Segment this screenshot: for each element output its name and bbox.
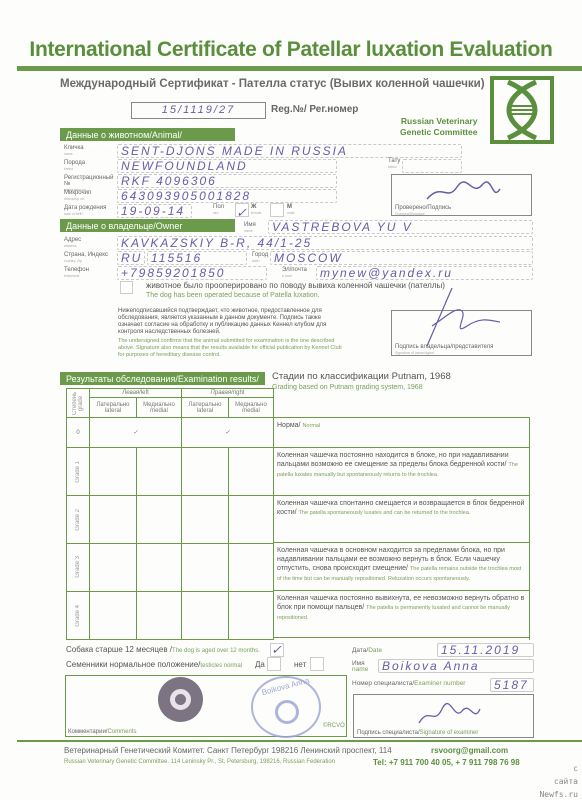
- left-medial-header: Медиальноmedial: [136, 398, 181, 418]
- examiner-number-field[interactable]: 5187: [490, 678, 534, 692]
- owner-section-header: Данные о владельце/Owner: [60, 219, 235, 232]
- grade-4-desc: Коленная чашечка постоянно вывихнута, ее…: [273, 590, 529, 638]
- tattoo-field[interactable]: [402, 159, 462, 173]
- breed-label: Породаbreed: [64, 160, 119, 172]
- operated-checkbox[interactable]: [120, 281, 133, 294]
- address-field[interactable]: KAVKAZSKIY B-R, 44/1-25: [117, 236, 533, 250]
- no-label: нет: [294, 660, 306, 669]
- microchip-label: Микрочипmicrochip no.: [64, 190, 119, 202]
- owner-signature-label: Подпись владельца/представителяSignature…: [395, 344, 493, 356]
- city-field[interactable]: MOSCOW: [270, 251, 533, 265]
- tattoo-label: Татуtattoo: [388, 158, 400, 170]
- right-lateral-g2[interactable]: [181, 496, 228, 543]
- zip-field[interactable]: 115516: [147, 251, 247, 265]
- left-lateral-g4[interactable]: [90, 591, 137, 639]
- grade-3-label: Grade 3: [67, 543, 90, 591]
- date-field[interactable]: 15.11.2019: [437, 643, 534, 657]
- left-lateral-g2[interactable]: [90, 496, 137, 543]
- right-medial-g4[interactable]: [228, 591, 273, 639]
- animal-section-header: Данные о животном/Animal/Собака/Dog: [60, 128, 235, 141]
- right-grade-0-cell[interactable]: ✓: [181, 418, 273, 448]
- breed-field[interactable]: NEWFOUNDLAND: [117, 159, 337, 173]
- right-medial-g1[interactable]: [228, 448, 273, 496]
- right-lateral-header: Латеральноlateral: [181, 398, 228, 418]
- date-label: Дата/Date: [352, 648, 382, 654]
- examiner-number-label: Номер специалиста/Examiner number: [352, 681, 465, 687]
- grade-descriptions: Норма/ Normal Коленная чашечка постоянно…: [273, 417, 530, 640]
- hologram-seal-icon: [158, 677, 203, 722]
- putnam-title: Стадии по классификации Putnam, 1968: [272, 371, 451, 382]
- phone-label: Телефонtelephone: [64, 267, 119, 279]
- phone-field[interactable]: +79859201850: [117, 266, 267, 280]
- results-grid: Степень grade Левая/left Правая/right Ла…: [66, 388, 274, 640]
- left-lateral-g1[interactable]: [90, 448, 137, 496]
- country-label: Страна, Индексcountry, Zip: [64, 252, 119, 264]
- grade-1-desc: Коленная чашечка постоянно находится в б…: [273, 447, 529, 495]
- right-medial-g3[interactable]: [228, 543, 273, 591]
- certificate-title: International Certificate of Patellar lu…: [0, 38, 582, 62]
- owner-name-label: Имяname: [244, 222, 256, 234]
- email-field[interactable]: mynew@yandex.ru: [316, 266, 533, 280]
- animal-name-field[interactable]: SENT-DJONS MADE IN RUSSIA: [117, 144, 462, 158]
- footer-address-ru: Ветеринарный Генетический Комитет. Санкт…: [64, 746, 392, 755]
- microchip-field[interactable]: 643093905001828: [117, 189, 337, 203]
- examiner-signature-label: Подпись специалиста/Signature of examine…: [357, 730, 478, 736]
- examiner-signature-box: Подпись специалиста/Signature of examine…: [353, 694, 534, 738]
- animal-name-label: Кличкаname: [64, 145, 119, 157]
- grade-1-label: Grade 1: [67, 448, 90, 496]
- grade-header: Степень grade: [67, 389, 90, 418]
- grade-3-row: Grade 3: [67, 543, 274, 591]
- right-lateral-g3[interactable]: [181, 543, 228, 591]
- watermark: с сайта Newfs.ru: [539, 762, 578, 800]
- testicles-label: Семенники нормальное положение/testicles…: [66, 660, 242, 669]
- left-medial-g3[interactable]: [136, 543, 181, 591]
- older-12-months-label: Собака старше 12 месяцев /The dog is age…: [66, 645, 260, 654]
- grade-4-row: Grade 4: [67, 591, 274, 639]
- grade-2-desc: Коленная чашечка спонтанно смещается и в…: [273, 495, 529, 542]
- comments-box[interactable]: Boikova Anna ©RCVO Комментарии/Comments: [65, 675, 347, 737]
- right-header: Правая/right: [181, 389, 273, 398]
- footer-phone: Tel: +7 911 700 40 05, + 7 911 798 76 98: [373, 758, 520, 767]
- left-header: Левая/left: [90, 389, 182, 398]
- confirm-text-en: The undersigned confirms that the animal…: [118, 338, 348, 359]
- left-grade-0-cell[interactable]: ✓: [90, 418, 182, 448]
- reg-number-label: Reg.№/ Рег.номер: [271, 104, 358, 115]
- male-label: Мmale: [287, 204, 295, 216]
- email-label: Эл/почтаe-mail: [282, 267, 307, 279]
- grade-0-desc: Норма/ Normal: [273, 417, 529, 447]
- left-lateral-g3[interactable]: [90, 543, 137, 591]
- reg-number-value: 15/1119/27: [132, 103, 265, 118]
- putnam-title-en: Grading based on Putnam grading system, …: [272, 384, 423, 391]
- right-lateral-g4[interactable]: [181, 591, 228, 639]
- header-divider: [17, 66, 582, 71]
- grade-2-label: Grade 2: [67, 496, 90, 543]
- footer-email[interactable]: rsvoorg@gmail.com: [431, 746, 508, 755]
- left-medial-g4[interactable]: [136, 591, 181, 639]
- rcvo-mark: ©RCVO: [323, 723, 345, 729]
- dob-field[interactable]: 19-09-14: [117, 204, 192, 218]
- left-lateral-header: Латеральноlateral: [90, 398, 137, 418]
- grade-4-label: Grade 4: [67, 591, 90, 639]
- checked-signature-label: Проверено/ПодписьChecked/Signature: [395, 205, 451, 217]
- operated-text-ru: животное было прооперировано по поводу в…: [146, 281, 445, 290]
- female-checkbox[interactable]: ✓: [235, 203, 249, 217]
- grade-0-label: 0: [67, 418, 90, 448]
- examiner-signature-icon: [414, 701, 484, 727]
- grade-2-row: Grade 2: [67, 496, 274, 543]
- footer-address-en: Russian Veterinary Genetic Committee. 11…: [64, 759, 335, 765]
- org-line-1: Russian Veterinary: [400, 116, 477, 127]
- results-section-header: Результаты обследования/Examination resu…: [60, 372, 265, 385]
- right-lateral-g1[interactable]: [181, 448, 228, 496]
- org-name: Russian Veterinary Genetic Committee: [400, 116, 477, 138]
- address-label: Адресaddress: [64, 237, 119, 249]
- owner-signature-box: Подпись владельца/представителяSignature…: [391, 310, 532, 356]
- grade-1-row: Grade 1: [67, 448, 274, 496]
- checked-signature-box: Проверено/ПодписьChecked/Signature: [391, 174, 532, 216]
- sex-label: Полsex: [213, 204, 224, 216]
- grade-0-row: 0 ✓ ✓: [67, 418, 274, 448]
- left-medial-g1[interactable]: [136, 448, 181, 496]
- city-label: Городtown: [252, 252, 268, 264]
- confirm-text-ru: Нижеподписавшийся подтверждает, что живо…: [118, 308, 346, 336]
- right-medial-header: Медиальноmedial: [228, 398, 273, 418]
- signature-icon: [422, 177, 502, 207]
- testicles-no-checkbox[interactable]: [310, 657, 324, 671]
- examiner-stamp-icon: Boikova Anna: [251, 676, 321, 738]
- dob-label: Дата рожденияdate of birth: [64, 205, 119, 217]
- dna-logo-icon: [490, 76, 554, 144]
- operated-text-en: The dog has been operated because of Pat…: [146, 292, 320, 299]
- footer-divider: [17, 740, 582, 742]
- country-field[interactable]: RU: [117, 251, 145, 265]
- testicles-yes-checkbox[interactable]: [267, 657, 281, 671]
- registration-field[interactable]: RKF 4096306: [117, 174, 337, 188]
- grade-3-desc: Коленная чашечка в основном находится за…: [273, 542, 529, 590]
- right-medial-g2[interactable]: [228, 496, 273, 543]
- male-checkbox[interactable]: [270, 203, 284, 217]
- org-line-2: Genetic Committee: [400, 127, 477, 138]
- yes-label: Да: [255, 660, 265, 669]
- comments-label: Комментарии/Comments: [68, 729, 136, 735]
- reg-number-field[interactable]: 15/1119/27: [131, 102, 266, 119]
- female-label: Жfemale: [251, 204, 262, 216]
- examiner-name-field[interactable]: Boikova Anna: [378, 659, 534, 673]
- owner-name-field[interactable]: VASTREBOVA YU V: [268, 220, 533, 234]
- certificate-subtitle: Международный Сертификат - Пателла стату…: [60, 78, 485, 90]
- older-12-months-checkbox[interactable]: ✓: [270, 643, 284, 657]
- left-medial-g2[interactable]: [136, 496, 181, 543]
- examiner-name-label: Имяname: [352, 661, 368, 673]
